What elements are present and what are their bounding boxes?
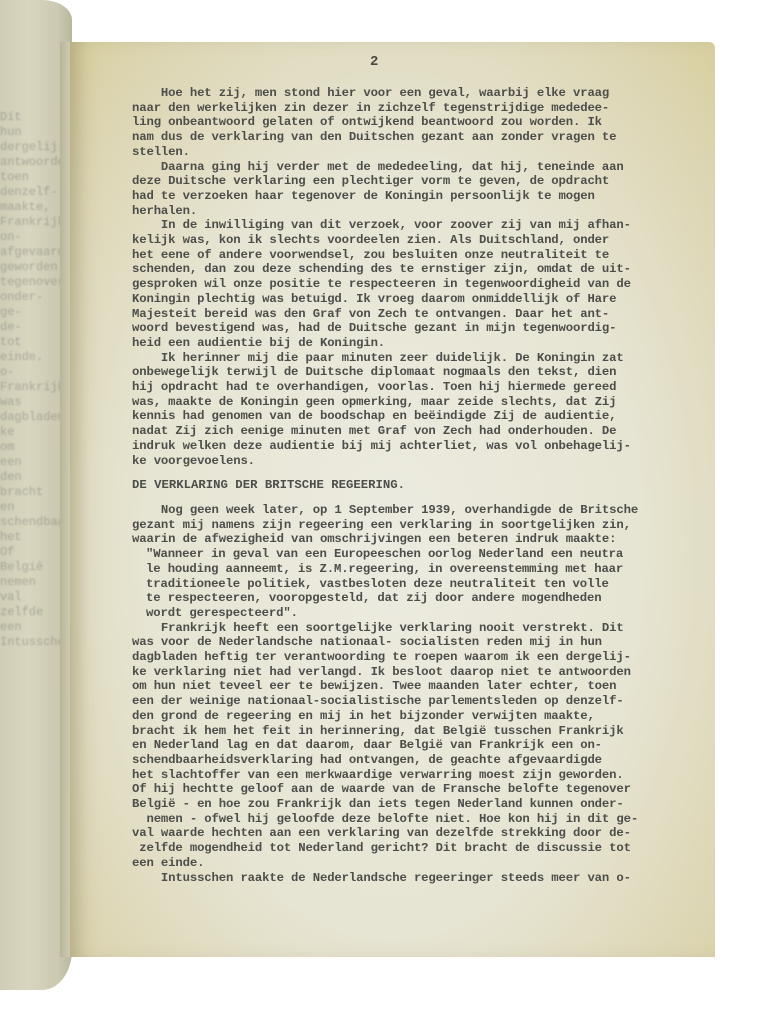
- paragraph: Nog geen week later, op 1 September 1939…: [132, 503, 712, 547]
- text-line: Nog geen week later, op 1 September 1939…: [132, 503, 712, 518]
- text-line: zelfde mogendheid tot Nederland gericht?…: [132, 841, 712, 856]
- text-line: schenden, dan zou deze schending des te …: [132, 262, 712, 277]
- text-line: ke verklaring niet had verlangd. Ik besl…: [132, 665, 712, 680]
- text-line: val waarde hechten aan een verklaring va…: [132, 826, 712, 841]
- paragraphs-before-heading: Hoe het zij, men stond hier voor een gev…: [132, 86, 712, 468]
- paragraphs-final: Frankrijk heeft een soortgelijke verklar…: [132, 621, 712, 886]
- text-line: het slachtoffer van een merkwaardige ver…: [132, 768, 712, 783]
- quote-line: "Wanneer in geval van een Europeeschen o…: [146, 547, 712, 562]
- text-line: stellen.: [132, 145, 712, 160]
- text-line: kelijk was, kon ik slechts voordeelen zi…: [132, 233, 712, 248]
- text-line: herhalen.: [132, 204, 712, 219]
- text-line: den grond de regeering en mij in het bij…: [132, 709, 712, 724]
- text-line: België - en hoe zou Frankrijk dan iets t…: [132, 797, 712, 812]
- text-line: Frankrijk heeft een soortgelijke verklar…: [132, 621, 712, 636]
- text-line: hij opdracht had te overhandigen, voorla…: [132, 380, 712, 395]
- text-line: nadat Zij zich eenige minuten met Graf v…: [132, 424, 712, 439]
- paragraph: In de inwilliging van dit verzoek, voor …: [132, 218, 712, 350]
- text-line: onbewegelijk terwijl de Duitsche diploma…: [132, 365, 712, 380]
- text-line: was, maakte de Koningin geen opmerking, …: [132, 395, 712, 410]
- previous-page-bleed-text: Dit hun dergelij- antwoorden toen denzel…: [0, 110, 62, 650]
- text-line: deze Duitsche verklaring een plechtiger …: [132, 174, 712, 189]
- quote-line: le houding aanneemt, is Z.M.regeering, i…: [146, 562, 712, 577]
- paragraph: Hoe het zij, men stond hier voor een gev…: [132, 86, 712, 160]
- text-line: een einde.: [132, 856, 712, 871]
- page-number: 2: [370, 54, 378, 70]
- page-content: Hoe het zij, men stond hier voor een gev…: [132, 86, 712, 885]
- text-line: nam dus de verklaring van den Duitschen …: [132, 130, 712, 145]
- text-line: Koningin plechtig was betuigd. Ik vroeg …: [132, 292, 712, 307]
- quote-line: traditioneele politiek, vastbesloten dez…: [146, 577, 712, 592]
- text-line: schendbaarheidsverklaring had ontvangen,…: [132, 753, 712, 768]
- text-line: Majesteit bereid was den Graf von Zech t…: [132, 307, 712, 322]
- text-line: en Nederland lag en dat daarom, daar Bel…: [132, 738, 712, 753]
- quote-line: wordt gerespecteerd".: [146, 606, 712, 621]
- quote-line: te respecteeren, vooropgesteld, dat zij …: [146, 591, 712, 606]
- text-line: om hun niet teveel eer te bewijzen. Twee…: [132, 679, 712, 694]
- text-line: Daarna ging hij verder met de mededeelin…: [132, 160, 712, 175]
- text-line: dagbladen heftig ter verantwoording te r…: [132, 650, 712, 665]
- text-line: kennis had genomen van de boodschap en b…: [132, 409, 712, 424]
- text-line: het eene of andere voorwendsel, zou besl…: [132, 248, 712, 263]
- text-line: Intusschen raakte de Nederlandsche regee…: [132, 871, 712, 886]
- document-page: 2 Hoe het zij, men stond hier voor een g…: [70, 42, 715, 957]
- paragraph: Daarna ging hij verder met de mededeelin…: [132, 160, 712, 219]
- paragraph: Ik herinner mij die paar minuten zeer du…: [132, 351, 712, 469]
- paragraph: Frankrijk heeft een soortgelijke verklar…: [132, 621, 712, 871]
- text-line: gesproken wil onze positie te respecteer…: [132, 277, 712, 292]
- text-line: had te verzoeken haar tegenover de Konin…: [132, 189, 712, 204]
- paragraph: Intusschen raakte de Nederlandsche regee…: [132, 871, 712, 886]
- paragraphs-after-heading: Nog geen week later, op 1 September 1939…: [132, 503, 712, 547]
- text-line: indruk welken deze audientie bij mij ach…: [132, 439, 712, 454]
- text-line: ke voorgevoelens.: [132, 454, 712, 469]
- text-line: gezant mij namens zijn regeering een ver…: [132, 518, 712, 533]
- block-quote: "Wanneer in geval van een Europeeschen o…: [132, 547, 712, 621]
- text-line: In de inwilliging van dit verzoek, voor …: [132, 218, 712, 233]
- text-line: naar den werkelijken zin dezer in zichze…: [132, 101, 712, 116]
- text-line: een der weinige nationaal-socialistische…: [132, 694, 712, 709]
- text-line: Of hij hechtte geloof aan de waarde van …: [132, 782, 712, 797]
- text-line: Hoe het zij, men stond hier voor een gev…: [132, 86, 712, 101]
- text-line: Ik herinner mij die paar minuten zeer du…: [132, 351, 712, 366]
- text-line: bracht ik hem het feit in herinnering, d…: [132, 724, 712, 739]
- text-line: nemen - ofwel hij geloofde deze belofte …: [132, 812, 712, 827]
- text-line: ling onbeantwoord gelaten of ontwijkend …: [132, 115, 712, 130]
- text-line: was voor de Nederlandsche nationaal- soc…: [132, 635, 712, 650]
- text-line: waarin de afwezigheid van omschrijvingen…: [132, 532, 712, 547]
- section-heading: DE VERKLARING DER BRITSCHE REGEERING.: [132, 478, 712, 493]
- text-line: heid een audientie bij de Koningin.: [132, 336, 712, 351]
- text-line: woord bevestigend was, had de Duitsche g…: [132, 321, 712, 336]
